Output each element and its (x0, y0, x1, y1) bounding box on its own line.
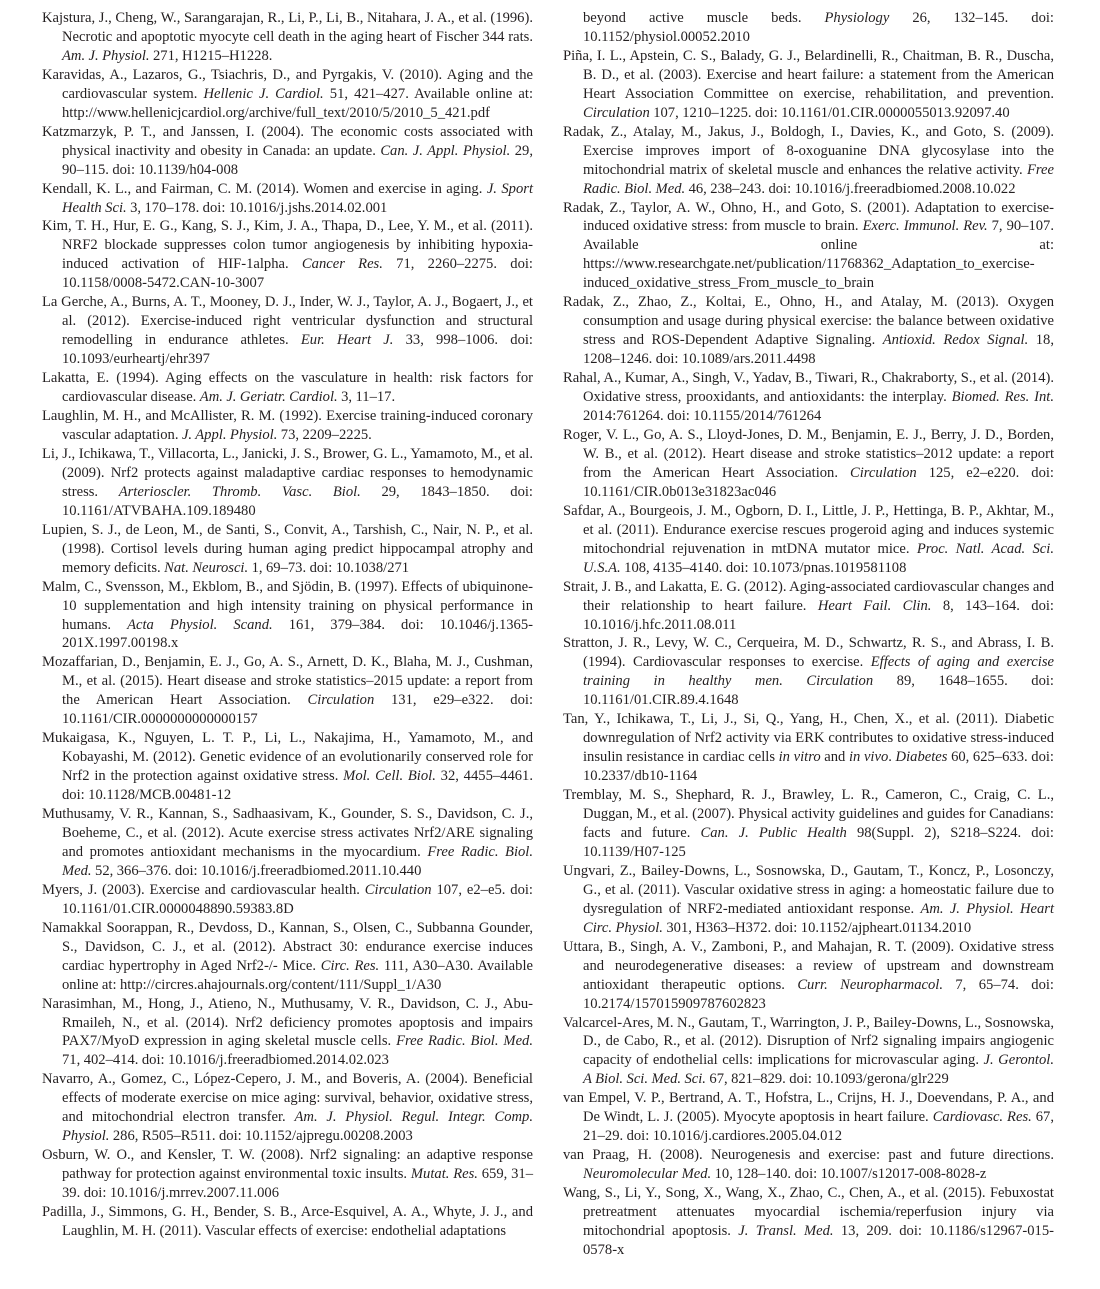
reference-entry: Safdar, A., Bourgeois, J. M., Ogborn, D.… (563, 502, 1054, 578)
reference-entry: Kendall, K. L., and Fairman, C. M. (2014… (42, 180, 533, 218)
journal-title: Circ. Res. (321, 958, 379, 974)
reference-entry: Radak, Z., Atalay, M., Jakus, J., Boldog… (563, 123, 1054, 199)
reference-entry: Laughlin, M. H., and McAllister, R. M. (… (42, 407, 533, 445)
reference-entry: Padilla, J., Simmons, G. H., Bender, S. … (42, 1203, 533, 1241)
reference-entry: Muthusamy, V. R., Kannan, S., Sadhaasiva… (42, 805, 533, 881)
reference-entry: Roger, V. L., Go, A. S., Lloyd-Jones, D.… (563, 426, 1054, 502)
journal-title: Exerc. Immunol. Rev. (863, 218, 988, 234)
reference-text: Kendall, K. L., and Fairman, C. M. (2014… (42, 181, 487, 197)
reference-text: Myers, J. (2003). Exercise and cardiovas… (42, 882, 365, 898)
reference-entry: Valcarcel-Ares, M. N., Gautam, T., Warri… (563, 1014, 1054, 1090)
reference-entry: Wang, S., Li, Y., Song, X., Wang, X., Zh… (563, 1184, 1054, 1260)
reference-entry: van Praag, H. (2008). Neurogenesis and e… (563, 1146, 1054, 1184)
reference-entry: Namakkal Soorappan, R., Devdoss, D., Kan… (42, 919, 533, 995)
journal-title: Circulation (850, 465, 917, 481)
reference-entry: Piña, I. L., Apstein, C. S., Balady, G. … (563, 47, 1054, 123)
reference-entry: Ungvari, Z., Bailey-Downs, L., Sosnowska… (563, 862, 1054, 938)
journal-title: Mutat. Res. (411, 1166, 478, 1182)
journal-title: Cancer Res. (302, 256, 383, 272)
journal-title: Arterioscler. Thromb. Vasc. Biol. (119, 484, 361, 500)
journal-title: Curr. Neuropharmacol. (797, 977, 943, 993)
reference-text: Valcarcel-Ares, M. N., Gautam, T., Warri… (563, 1015, 1054, 1069)
journal-title: Cardiovasc. Res. (933, 1109, 1032, 1125)
reference-text: 108, 4135–4140. doi: 10.1073/pnas.101958… (621, 560, 907, 576)
reference-entry: Lupien, S. J., de Leon, M., de Santi, S.… (42, 521, 533, 578)
reference-text: 10, 128–140. doi: 10.1007/s12017-008-802… (711, 1166, 986, 1182)
reference-entry: Li, J., Ichikawa, T., Villacorta, L., Ja… (42, 445, 533, 521)
reference-text: 52, 366–376. doi: 10.1016/j.freeradbiome… (92, 863, 422, 879)
reference-text: 107, 1210–1225. doi: 10.1161/01.CIR.0000… (650, 105, 1010, 121)
reference-entry: La Gerche, A., Burns, A. T., Mooney, D. … (42, 293, 533, 369)
journal-title: in vivo (849, 749, 888, 765)
reference-entry: Strait, J. B., and Lakatta, E. G. (2012)… (563, 578, 1054, 635)
journal-title: Circulation (583, 105, 650, 121)
journal-title: Circulation (365, 882, 432, 898)
journal-title: Hellenic J. Cardiol. (203, 86, 323, 102)
journal-title: J. Transl. Med. (738, 1223, 833, 1239)
reference-entry: Tremblay, M. S., Shephard, R. J., Brawle… (563, 786, 1054, 862)
references-column-left: Kajstura, J., Cheng, W., Sarangarajan, R… (42, 9, 533, 1241)
reference-entry: Kim, T. H., Hur, E. G., Kang, S. J., Kim… (42, 217, 533, 293)
journal-title: Antioxid. Redox Signal. (883, 332, 1029, 348)
journal-title: Am. J. Physiol. (62, 48, 150, 64)
journal-title: Free Radic. Biol. Med. (396, 1033, 533, 1049)
journal-title: Physiology (824, 10, 889, 26)
reference-text: van Praag, H. (2008). Neurogenesis and e… (563, 1147, 1054, 1163)
journal-title: Biomed. Res. Int. (952, 389, 1054, 405)
reference-text: 71, 402–414. doi: 10.1016/j.freeradbiome… (62, 1052, 389, 1068)
reference-entry: Osburn, W. O., and Kensler, T. W. (2008)… (42, 1146, 533, 1203)
reference-entry: Malm, C., Svensson, M., Ekblom, B., and … (42, 578, 533, 654)
reference-text: 301, H363–H372. doi: 10.1152/ajpheart.01… (663, 920, 971, 936)
journal-title: Mol. Cell. Biol. (343, 768, 436, 784)
reference-entry: Kajstura, J., Cheng, W., Sarangarajan, R… (42, 9, 533, 66)
reference-text: and (821, 749, 849, 765)
references-column-right: beyond active muscle beds. Physiology 26… (563, 9, 1054, 1260)
reference-text: 67, 821–829. doi: 10.1093/gerona/glr229 (706, 1071, 949, 1087)
journal-title: Am. J. Geriatr. Cardiol. (200, 389, 338, 405)
reference-entry: Mukaigasa, K., Nguyen, L. T. P., Li, L.,… (42, 729, 533, 805)
journal-title: Heart Fail. Clin. (818, 598, 932, 614)
reference-entry: Katzmarzyk, P. T., and Janssen, I. (2004… (42, 123, 533, 180)
journal-title: Diabetes (896, 749, 948, 765)
journal-title: Nat. Neurosci. (164, 560, 248, 576)
reference-text: 1, 69–73. doi: 10.1038/271 (248, 560, 409, 576)
reference-text: 271, H1215–H1228. (150, 48, 273, 64)
journal-title: Can. J. Appl. Physiol. (380, 143, 510, 159)
reference-text: 2014:761264. doi: 10.1155/2014/761264 (583, 408, 821, 424)
reference-entry: Rahal, A., Kumar, A., Singh, V., Yadav, … (563, 369, 1054, 426)
reference-entry: Karavidas, A., Lazaros, G., Tsiachris, D… (42, 66, 533, 123)
reference-entry: Myers, J. (2003). Exercise and cardiovas… (42, 881, 533, 919)
references-page: Kajstura, J., Cheng, W., Sarangarajan, R… (0, 0, 1100, 1289)
journal-title: Acta Physiol. Scand. (127, 617, 273, 633)
reference-entry: van Empel, V. P., Bertrand, A. T., Hofst… (563, 1089, 1054, 1146)
reference-text: 3, 11–17. (338, 389, 395, 405)
reference-entry: Stratton, J. R., Levy, W. C., Cerqueira,… (563, 634, 1054, 710)
journal-title: Neuromolecular Med. (583, 1166, 711, 1182)
journal-title: Can. J. Public Health (701, 825, 847, 841)
reference-entry: Navarro, A., Gomez, C., López-Cepero, J.… (42, 1070, 533, 1146)
reference-entry: Narasimhan, M., Hong, J., Atieno, N., Mu… (42, 995, 533, 1071)
reference-entry: Radak, Z., Zhao, Z., Koltai, E., Ohno, H… (563, 293, 1054, 369)
reference-text: 46, 238–243. doi: 10.1016/j.freeradbiome… (685, 181, 1015, 197)
reference-entry: Lakatta, E. (1994). Aging effects on the… (42, 369, 533, 407)
reference-text: 286, R505–R511. doi: 10.1152/ajpregu.002… (109, 1128, 412, 1144)
reference-text: Padilla, J., Simmons, G. H., Bender, S. … (42, 1204, 533, 1239)
reference-text: Radak, Z., Atalay, M., Jakus, J., Boldog… (563, 124, 1054, 178)
reference-entry: Radak, Z., Taylor, A. W., Ohno, H., and … (563, 199, 1054, 294)
reference-text: beyond active muscle beds. (583, 10, 824, 26)
journal-title: Circulation (308, 692, 375, 708)
reference-entry-continued: beyond active muscle beds. Physiology 26… (563, 9, 1054, 47)
reference-entry: Tan, Y., Ichikawa, T., Li, J., Si, Q., Y… (563, 710, 1054, 786)
reference-text: Piña, I. L., Apstein, C. S., Balady, G. … (563, 48, 1054, 102)
reference-entry: Uttara, B., Singh, A. V., Zamboni, P., a… (563, 938, 1054, 1014)
journal-title: Eur. Heart J. (301, 332, 394, 348)
reference-text: 3, 170–178. doi: 10.1016/j.jshs.2014.02.… (127, 200, 388, 216)
journal-title: J. Appl. Physiol. (182, 427, 277, 443)
reference-text: . (888, 749, 895, 765)
reference-text: 73, 2209–2225. (277, 427, 371, 443)
reference-text: Kajstura, J., Cheng, W., Sarangarajan, R… (42, 10, 533, 45)
journal-title: in vitro (779, 749, 821, 765)
reference-entry: Mozaffarian, D., Benjamin, E. J., Go, A.… (42, 653, 533, 729)
